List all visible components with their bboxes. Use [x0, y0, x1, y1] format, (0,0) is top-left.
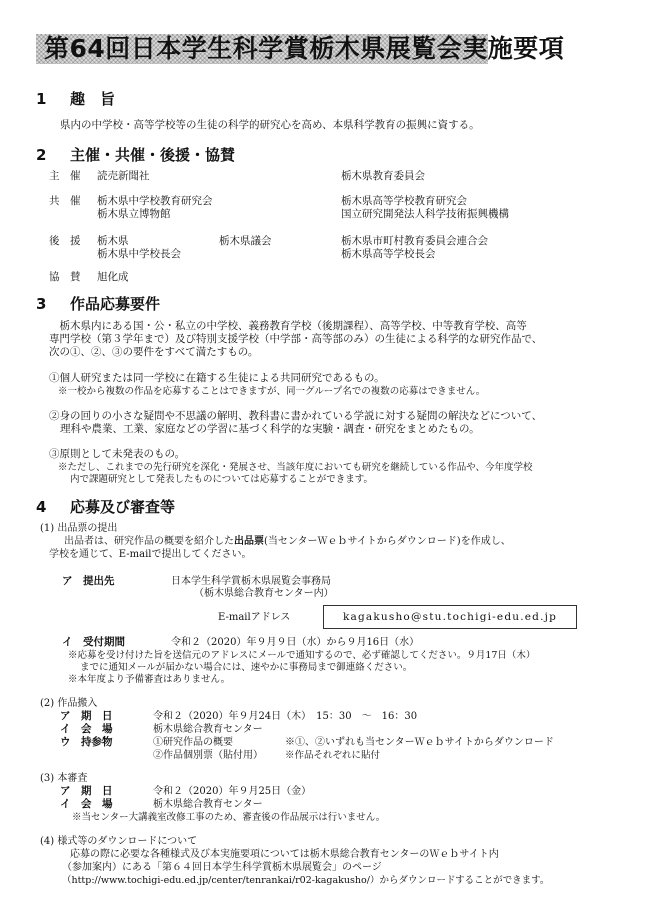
download-url-line[interactable]: （http://www.tochigi-edu.ed.jp/center/ten…	[62, 874, 549, 887]
section-4-heading: 4応募及び審査等	[36, 496, 175, 517]
download-line-2: （参加案内）にある「第６４回日本学生科学賞栃木県展覧会」のページ	[62, 861, 382, 874]
section-number: 2	[36, 146, 70, 164]
section-3-heading: 3作品応募要件	[36, 293, 160, 314]
supporter-5: 栃木県高等学校長会	[341, 248, 436, 261]
organizer-2: 栃木県教育委員会	[341, 170, 425, 183]
delivery-date-value: 令和２（2020）年９月24日（木） 15：30 ～ 16：30	[153, 710, 417, 723]
email-label: E-mailアドレス	[218, 611, 290, 624]
eligibility-intro-line-1: 栃木県内にある国・公・私立の中学校、義務教育学校（後期課程）、高等学校、中等教育…	[49, 320, 527, 333]
section-number: 3	[36, 295, 70, 313]
reception-period-label: イ 受付期間	[62, 636, 125, 649]
section-title: 主催・共催・後援・協賛	[70, 146, 235, 164]
page-title: 第64回日本学生科学賞栃木県展覧会実施要項	[44, 34, 564, 64]
sub-1-title: (1) 出品票の提出	[40, 522, 117, 535]
body-text: 出品者は、研究作品の概要を紹介した	[64, 536, 234, 547]
section-1-body: 県内の中学校・高等学校等の生徒の科学的研究心を高め、本県科学教育の振興に資する。	[60, 119, 480, 132]
section-number: 4	[36, 498, 70, 516]
review-note: ※当センター大講義室改修工事のため、審査後の作品展示は行いません。	[72, 811, 385, 824]
section-title: 作品応募要件	[70, 295, 160, 313]
section-1-heading: 1趣 旨	[36, 88, 115, 109]
supporter-1: 栃木県	[97, 235, 129, 248]
sponsor-1: 旭化成	[97, 271, 129, 284]
items-to-bring-label: ウ 持参物	[60, 736, 113, 749]
sub-4-title: (4) 様式等のダウンロードについて	[40, 835, 197, 848]
delivery-date-label: ア 期 日	[60, 710, 113, 723]
eligibility-intro-line-2: 専門学校（第３学年まで）及び特別支援学校（中学部・高等部のみ）の生徒による科学的…	[49, 333, 542, 346]
sub-3-title: (3) 本審査	[40, 772, 87, 785]
submission-destination-label: ア 提出先	[62, 575, 115, 588]
section-number: 1	[36, 90, 70, 108]
sub-1-body-line-1: 出品者は、研究作品の概要を紹介した出品票(当センターＷｅｂサイトからダウンロード…	[64, 535, 511, 548]
section-title: 応募及び審査等	[70, 498, 175, 516]
requirement-3-note-line-2: 内で課題研究として発表したものについては応募することができます。	[70, 473, 373, 486]
review-date-label: ア 期 日	[60, 785, 113, 798]
sponsor-label-co-host: 共 催	[49, 195, 81, 208]
co-host-3: 栃木県高等学校教育研究会	[341, 195, 467, 208]
co-host-4: 国立研究開発法人科学技術振興機構	[341, 208, 509, 221]
sponsor-label-organizer: 主 催	[49, 170, 81, 183]
section-title: 趣 旨	[70, 90, 115, 108]
review-date-value: 令和２（2020）年９月25日（金）	[153, 785, 311, 798]
item-2-note: ※作品それぞれに貼付	[285, 749, 380, 762]
supporter-2: 栃木県議会	[219, 235, 272, 248]
requirement-3: ③原則として未発表のもの。	[49, 448, 185, 461]
co-host-2: 栃木県立博物館	[97, 208, 171, 221]
requirement-2-line-2: 理科や農業、工業、家庭などの学習に基づく科学的な実験・調査・研究をまとめたもの。	[60, 423, 480, 436]
item-1: ①研究作品の概要	[153, 736, 233, 749]
sub-1-body-line-2: 学校を通じて、E-mailで提出してください。	[49, 548, 252, 561]
supporter-4: 栃木県市町村教育委員会連合会	[341, 235, 488, 248]
requirement-2-line-1: ②身の回りの小さな疑問や不思議の解明、教科書に書かれている学説に対する疑問の解決…	[49, 410, 542, 423]
requirement-1: ①個人研究または同一学校に在籍する生徒による共同研究であるもの。	[49, 372, 385, 385]
download-line-1: 応募の際に必要な各種様式及び本実施要項については栃木県総合教育センターのＷｅｂサ…	[70, 848, 499, 861]
reception-period-value: 令和２（2020）年９月９日（水）から９月16日（水）	[171, 636, 419, 649]
sub-2-title: (2) 作品搬入	[40, 697, 97, 710]
delivery-venue-value: 栃木県総合教育センター	[153, 723, 263, 736]
review-venue-label: イ 会 場	[60, 798, 113, 811]
supporter-3: 栃木県中学校長会	[97, 248, 181, 261]
body-text: (当センターＷｅｂサイトからダウンロード)を作成し、	[264, 536, 511, 547]
sponsor-label-support: 後 援	[49, 235, 81, 248]
eligibility-intro-line-3: 次の①、②、③の要件をすべて満たすもの。	[49, 346, 258, 359]
review-venue-value: 栃木県総合教育センター	[153, 798, 263, 811]
section-2-heading: 2主催・共催・後援・協賛	[36, 144, 235, 165]
submission-destination-value-2: （栃木県総合教育センター内）	[194, 587, 334, 600]
sponsor-label-sponsor: 協 賛	[49, 271, 81, 284]
co-host-1: 栃木県中学校教育研究会	[97, 195, 213, 208]
reception-note-line-3: ※本年度より予備審査はありません。	[68, 673, 230, 686]
organizer-1: 読売新聞社	[97, 170, 150, 183]
delivery-venue-label: イ 会 場	[60, 723, 113, 736]
item-2: ②作品個別票（貼付用）	[153, 749, 263, 762]
item-1-note: ※①、②いずれも当センターＷｅｂサイトからダウンロード	[285, 736, 554, 749]
entry-form-label: 出品票	[234, 536, 264, 547]
email-address[interactable]: kagakusho@stu.tochigi-edu.ed.jp	[323, 605, 577, 629]
requirement-1-note: ※一校から複数の作品を応募することはできますが、同一グループ名での複数の応募はで…	[58, 385, 485, 398]
